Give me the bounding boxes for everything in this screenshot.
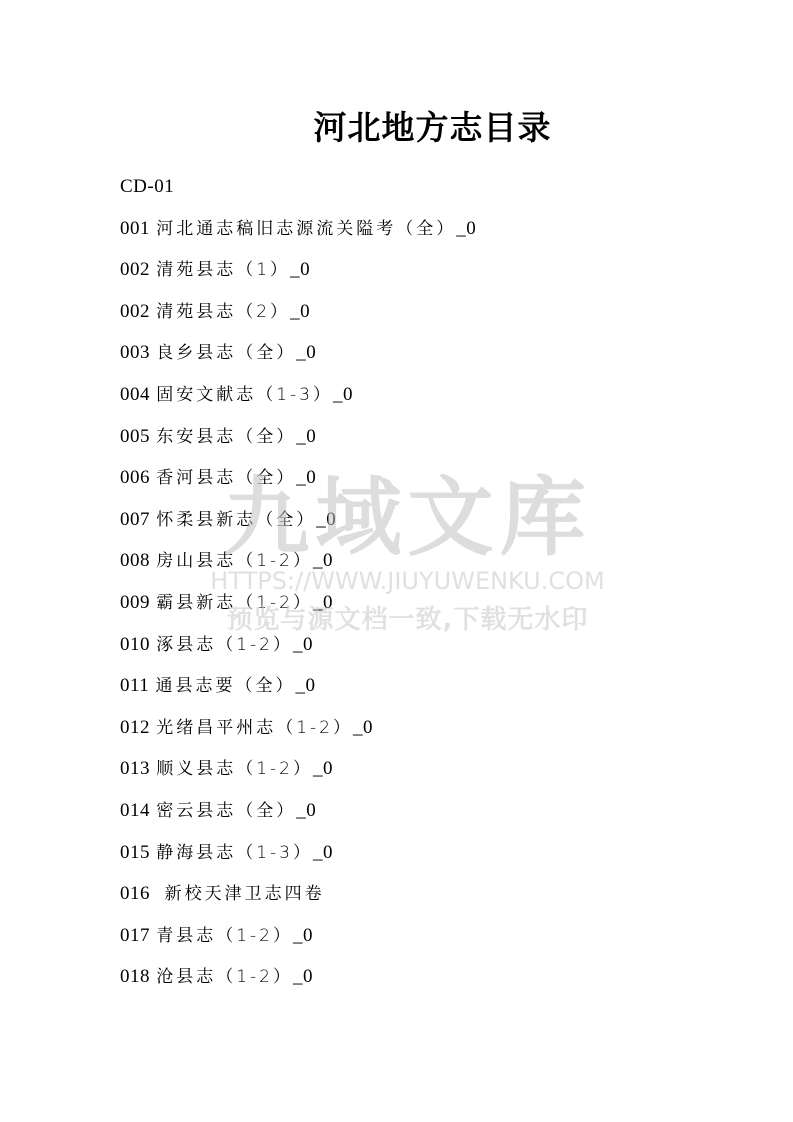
- entry-number: 009: [120, 592, 150, 613]
- entry-suffix: _0: [293, 925, 313, 946]
- entry-title: 涿县志（1-2）: [156, 635, 293, 655]
- entry-suffix: _0: [296, 467, 316, 488]
- entry-suffix: _0: [296, 342, 316, 363]
- entry-title: 良乡县志（全）: [156, 343, 296, 363]
- list-item: 015 静海县志（1-3）_0: [120, 838, 476, 880]
- entry-number: 003: [120, 342, 150, 363]
- entry-number: 011: [120, 675, 149, 696]
- list-item: 008 房山县志（1-2）_0: [120, 546, 476, 588]
- list-item: 004 固安文献志（1-3）_0: [120, 380, 476, 422]
- list-item: 014 密云县志（全）_0: [120, 796, 476, 838]
- entry-suffix: _0: [313, 842, 333, 863]
- entry-title: 东安县志（全）: [156, 427, 296, 447]
- entry-suffix: _0: [313, 758, 333, 779]
- catalog-list: CD-01 001 河北通志稿旧志源流关隘考（全）_0 002 清苑县志（1）_…: [120, 172, 476, 1004]
- entry-suffix: _0: [313, 592, 333, 613]
- list-item: 017 青县志（1-2）_0: [120, 921, 476, 963]
- entry-number: 017: [120, 925, 150, 946]
- entry-suffix: _0: [333, 384, 353, 405]
- entry-suffix: _0: [293, 634, 313, 655]
- list-item: 013 顺义县志（1-2）_0: [120, 754, 476, 796]
- entry-number: 005: [120, 426, 150, 447]
- list-item: 010 涿县志（1-2）_0: [120, 630, 476, 672]
- section-label: CD-01: [120, 172, 476, 214]
- entry-suffix: _0: [316, 509, 336, 530]
- entry-number: 007: [120, 509, 150, 530]
- entry-title: 密云县志（全）: [156, 801, 296, 821]
- entry-title: 河北通志稿旧志源流关隘考（全）: [156, 219, 456, 239]
- entry-suffix: _0: [313, 550, 333, 571]
- list-item: 002 清苑县志（1）_0: [120, 255, 476, 297]
- entry-number: 006: [120, 467, 150, 488]
- list-item: 007 怀柔县新志（全）_0: [120, 505, 476, 547]
- entry-title: 静海县志（1-3）: [156, 843, 313, 863]
- entry-suffix: _0: [296, 800, 316, 821]
- entry-number: 015: [120, 842, 150, 863]
- entry-number: 013: [120, 758, 150, 779]
- list-item: 001 河北通志稿旧志源流关隘考（全）_0: [120, 214, 476, 256]
- entry-number: 004: [120, 384, 150, 405]
- entry-suffix: _0: [296, 426, 316, 447]
- list-item: 012 光绪昌平州志（1-2）_0: [120, 713, 476, 755]
- list-item: 003 良乡县志（全）_0: [120, 338, 476, 380]
- entry-suffix: _0: [290, 301, 310, 322]
- entry-suffix: _0: [353, 717, 373, 738]
- list-item: 006 香河县志（全）_0: [120, 463, 476, 505]
- entry-title: 清苑县志（1）: [156, 260, 290, 280]
- entry-title: 固安文献志（1-3）: [156, 385, 333, 405]
- entry-title: 通县志要（全）: [156, 676, 296, 696]
- entry-title: 新校天津卫志四卷: [156, 884, 324, 904]
- entry-title: 青县志（1-2）: [156, 926, 293, 946]
- list-item: 009 霸县新志（1-2）_0: [120, 588, 476, 630]
- entry-title: 沧县志（1-2）: [156, 967, 293, 987]
- entry-number: 008: [120, 550, 150, 571]
- entry-number: 012: [120, 717, 150, 738]
- list-item: 011 通县志要（全）_0: [120, 671, 476, 713]
- entry-number: 016: [120, 883, 150, 904]
- document-page: 河北地方志目录 CD-01 001 河北通志稿旧志源流关隘考（全）_0 002 …: [0, 0, 793, 1122]
- entry-number: 002: [120, 259, 150, 280]
- list-item: 002 清苑县志（2）_0: [120, 297, 476, 339]
- list-item: 005 东安县志（全）_0: [120, 422, 476, 464]
- entry-title: 房山县志（1-2）: [156, 551, 313, 571]
- entry-number: 010: [120, 634, 150, 655]
- page-title: 河北地方志目录: [0, 106, 793, 150]
- entry-title: 怀柔县新志（全）: [156, 510, 316, 530]
- entry-number: 018: [120, 966, 150, 987]
- entry-number: 001: [120, 218, 150, 239]
- list-item: 016 新校天津卫志四卷: [120, 879, 476, 921]
- entry-number: 014: [120, 800, 150, 821]
- entry-title: 顺义县志（1-2）: [156, 759, 313, 779]
- list-item: 018 沧县志（1-2）_0: [120, 962, 476, 1004]
- entry-title: 霸县新志（1-2）: [156, 593, 313, 613]
- entry-suffix: _0: [296, 675, 316, 696]
- entry-suffix: _0: [290, 259, 310, 280]
- entry-title: 香河县志（全）: [156, 468, 296, 488]
- entry-number: 002: [120, 301, 150, 322]
- entry-title: 光绪昌平州志（1-2）: [156, 718, 353, 738]
- entry-suffix: _0: [293, 966, 313, 987]
- entry-title: 清苑县志（2）: [156, 302, 290, 322]
- entry-suffix: _0: [456, 218, 476, 239]
